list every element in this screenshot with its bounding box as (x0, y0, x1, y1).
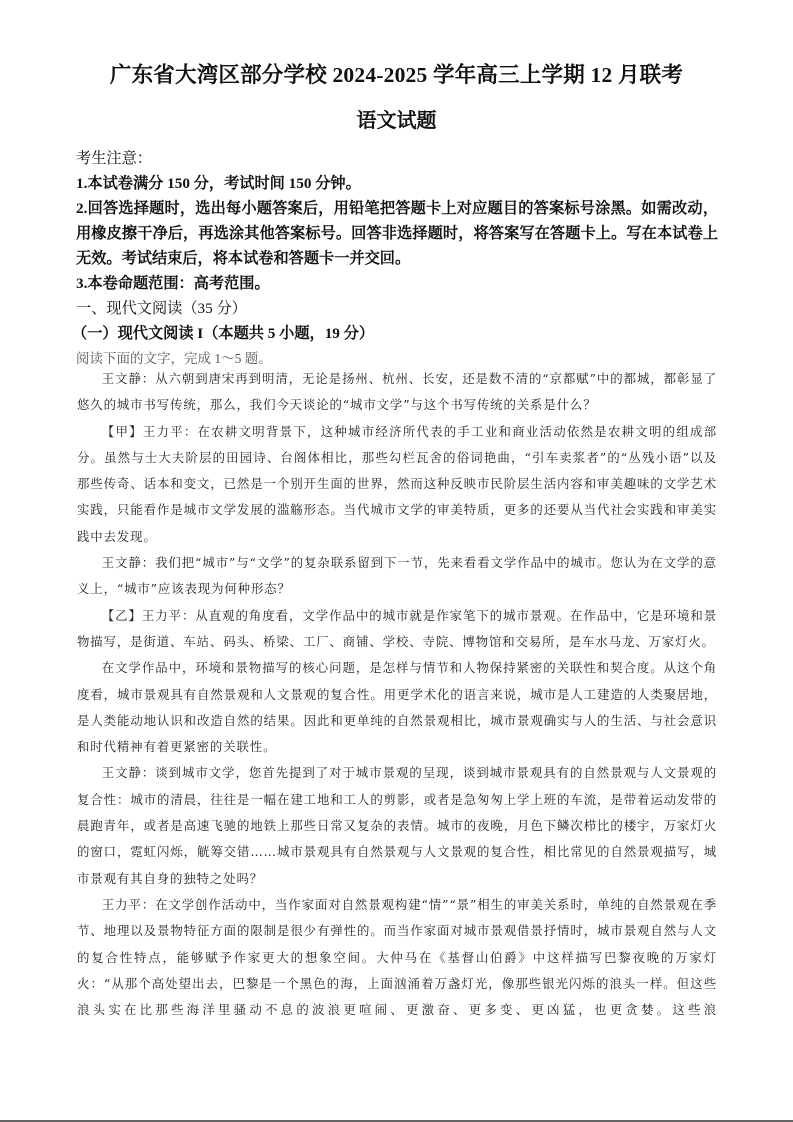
exam-subtitle: 语文试题 (0, 104, 793, 133)
notice-item-2: 2.回答选择题时，选出每小题答案后，用铅笔把答题卡上对应题目的答案标号涂黑。如需… (76, 196, 718, 271)
notice-item-1: 1.本试卷满分 150 分，考试时间 150 分钟。 (76, 171, 718, 196)
notice-heading: 考生注意： (76, 146, 718, 171)
reading-passage: 王文静：从六朝到唐宋再到明清，无论是扬州、杭州、长安，还是数不清的“京都赋”中的… (77, 366, 717, 1023)
passage-paragraph-5: 在文学作品中，环境和景物描写的核心问题，是怎样与情节和人物保持紧密的关联性和契合… (77, 655, 717, 760)
exam-title: 广东省大湾区部分学校 2024-2025 学年高三上学期 12 月联考 (0, 58, 793, 89)
section-heading: 一、现代文阅读（35 分） (76, 296, 718, 321)
passage-paragraph-6: 王文静：谈到城市文学，您首先提到了对于城市景观的呈现，谈到城市景观具有的自然景观… (77, 760, 717, 891)
passage-paragraph-4: 【乙】王力平：从直观的角度看，文学作品中的城市就是作家笔下的城市景观。在作品中，… (77, 603, 717, 656)
candidate-notice: 考生注意： 1.本试卷满分 150 分，考试时间 150 分钟。 2.回答选择题… (76, 146, 718, 371)
notice-item-3: 3.本卷命题范围：高考范围。 (76, 271, 718, 296)
exam-page: 广东省大湾区部分学校 2024-2025 学年高三上学期 12 月联考 语文试题… (0, 0, 793, 1122)
passage-paragraph-2: 【甲】王力平：在农耕文明背景下，这种城市经济所代表的手工业和商业活动依然是农耕文… (77, 419, 717, 550)
passage-paragraph-3: 王文静：我们把“城市”与“文学”的复杂联系留到下一节，先来看看文学作品中的城市。… (77, 550, 717, 603)
passage-paragraph-7: 王力平：在文学创作活动中，当作家面对自然景观构建“情”“景”相生的审美关系时，单… (77, 892, 717, 1023)
section-subheading: （一）现代文阅读 I（本题共 5 小题，19 分） (72, 321, 718, 346)
passage-paragraph-1: 王文静：从六朝到唐宋再到明清，无论是扬州、杭州、长安，还是数不清的“京都赋”中的… (77, 366, 717, 419)
